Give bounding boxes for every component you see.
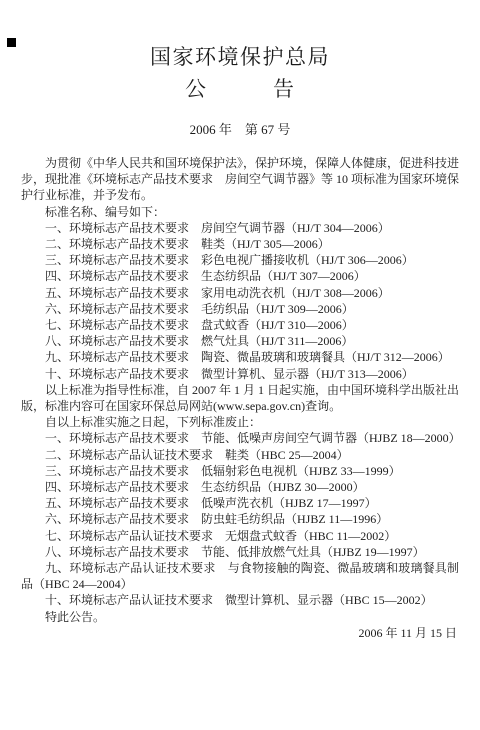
- announcement-page: 国家环境保护总局 公 告 2006 年 第 67 号 为贯彻《中华人民共和国环境…: [0, 0, 480, 730]
- issue-number: 2006 年 第 67 号: [0, 102, 480, 138]
- standard-item: 四、环境标志产品技术要求 生态纺织品（HJ/T 307—2006）: [21, 268, 459, 284]
- abolished-item: 一、环境标志产品技术要求 节能、低噪声房间空气调节器（HJBZ 18—2000）: [21, 430, 459, 446]
- standards-list-intro: 标准名称、编号如下：: [21, 204, 459, 220]
- standard-item: 三、环境标志产品技术要求 彩色电视广播接收机（HJ/T 306—2006）: [21, 252, 459, 268]
- abolish-intro: 自以上标准实施之日起，下列标准废止：: [21, 414, 459, 430]
- abolished-item: 三、环境标志产品技术要求 低辐射彩色电视机（HJBZ 33—1999）: [21, 463, 459, 479]
- doc-type-title: 公 告: [0, 70, 480, 102]
- implementation-paragraph: 以上标准为指导性标准，自 2007 年 1 月 1 日起实施，由中国环境科学出版…: [21, 382, 459, 414]
- standard-item: 七、环境标志产品技术要求 盘式蚊香（HJ/T 310—2006）: [21, 317, 459, 333]
- abolished-item: 五、环境标志产品技术要求 低噪声洗衣机（HJBZ 17—1997）: [21, 495, 459, 511]
- abolished-item: 六、环境标志产品技术要求 防虫蛀毛纺织品（HJBZ 11—1996）: [21, 511, 459, 527]
- standard-item: 十、环境标志产品技术要求 微型计算机、显示器（HJ/T 313—2006）: [21, 366, 459, 382]
- standard-item: 二、环境标志产品技术要求 鞋类（HJ/T 305—2006）: [21, 236, 459, 252]
- abolished-item: 七、环境标志产品认证技术要求 无烟盘式蚊香（HBC 11—2002）: [21, 528, 459, 544]
- standard-item: 一、环境标志产品技术要求 房间空气调节器（HJ/T 304—2006）: [21, 220, 459, 236]
- document-body: 为贯彻《中华人民共和国环境保护法》，保护环境，保障人体健康，促进科技进步，现批准…: [21, 155, 459, 641]
- standard-item: 九、环境标志产品技术要求 陶瓷、微晶玻璃和玻璃餐具（HJ/T 312—2006）: [21, 349, 459, 365]
- intro-paragraph: 为贯彻《中华人民共和国环境保护法》，保护环境，保障人体健康，促进科技进步，现批准…: [21, 155, 459, 204]
- abolished-item: 四、环境标志产品技术要求 生态纺织品（HJBZ 30—2000）: [21, 479, 459, 495]
- abolished-list: 一、环境标志产品技术要求 节能、低噪声房间空气调节器（HJBZ 18—2000）…: [21, 430, 459, 608]
- scan-mark: [7, 38, 16, 47]
- standard-item: 八、环境标志产品技术要求 燃气灶具（HJ/T 311—2006）: [21, 333, 459, 349]
- standard-item: 五、环境标志产品技术要求 家用电动洗衣机（HJ/T 308—2006）: [21, 285, 459, 301]
- abolished-item: 十、环境标志产品认证技术要求 微型计算机、显示器（HBC 15—2002）: [21, 592, 459, 608]
- agency-title: 国家环境保护总局: [0, 0, 480, 70]
- date-line: 2006 年 11 月 15 日: [21, 625, 459, 641]
- standard-item: 六、环境标志产品技术要求 毛纺织品（HJ/T 309—2006）: [21, 301, 459, 317]
- standards-list: 一、环境标志产品技术要求 房间空气调节器（HJ/T 304—2006）二、环境标…: [21, 220, 459, 382]
- abolished-item: 九、环境标志产品认证技术要求 与食物接触的陶瓷、微晶玻璃和玻璃餐具制品（HBC …: [21, 560, 459, 592]
- abolished-item: 八、环境标志产品技术要求 节能、低排放燃气灶具（HJBZ 19—1997）: [21, 544, 459, 560]
- closing-line: 特此公告。: [21, 609, 459, 625]
- abolished-item: 二、环境标志产品认证技术要求 鞋类（HBC 25—2004）: [21, 447, 459, 463]
